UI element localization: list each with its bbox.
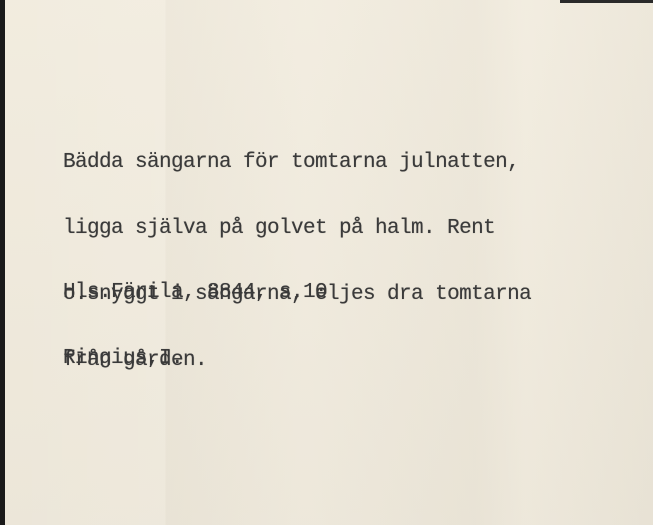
collector-name: Ringius,I.	[63, 348, 327, 370]
body-line: Bädda sängarna för tomtarna julnatten,	[63, 152, 531, 174]
scan-edge-shadow	[560, 0, 653, 3]
body-line: ligga själva på golvet på halm. Rent	[63, 218, 531, 240]
source-reference: Hls.Färila, 8844, s.10	[63, 282, 327, 304]
archive-index-card: Bädda sängarna för tomtarna julnatten, l…	[5, 0, 653, 525]
card-citation: Hls.Färila, 8844, s.10 Ringius,I.	[63, 238, 327, 414]
